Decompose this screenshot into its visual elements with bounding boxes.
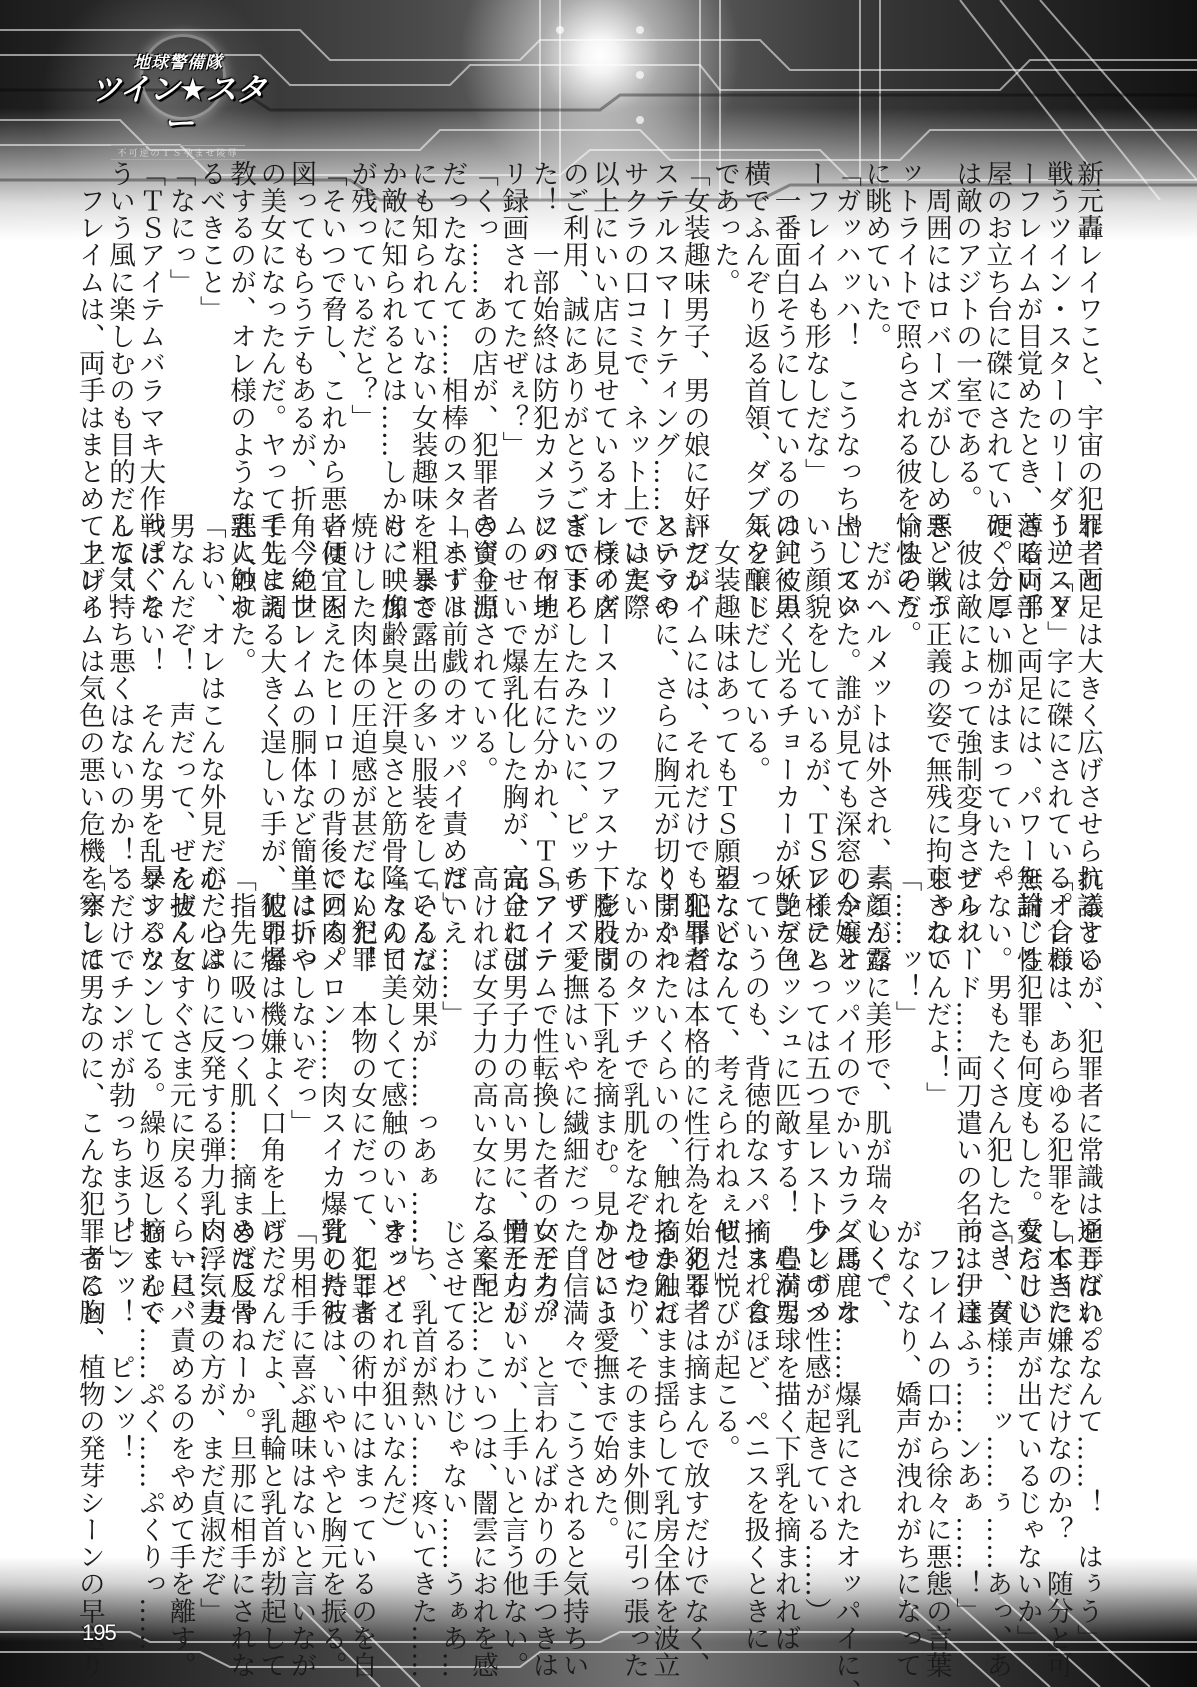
- text-tier-4: を弄ばれるなんて……！ はぅう」 「本当に嫌なだけなのか？ 随分と可 愛らしい声…: [74, 1218, 1102, 1594]
- text-column: （くっ……こいつは、闇雲におれを感: [467, 1218, 497, 1594]
- text-column: フレイムの口から徐々に悪態の言葉: [921, 1218, 951, 1594]
- text-column: に眺めていた。: [860, 160, 890, 536]
- text-column: むくむく……ぷく……ぷくりっ……: [134, 1218, 164, 1594]
- text-column: るだけでチンポが勃っちまう！」: [104, 865, 134, 1241]
- logo-title: ツイン★スター: [78, 73, 278, 141]
- text-column: 屋のお立ち台に磔にされていた。ここ: [981, 160, 1011, 536]
- text-column: 高ければ男子力の高い男に、男子力が: [497, 865, 527, 1241]
- text-column: しかもオッパイのでかいカラダは、オ: [830, 865, 860, 1241]
- text-column: 「……ッ！」: [890, 865, 920, 1241]
- text-column: ツンパツンしてる。繰り返し摘まんで: [134, 865, 164, 1241]
- text-column: 乳に触れた。: [225, 512, 255, 888]
- text-column: んて気持ち悪くはないのか！」: [104, 512, 134, 888]
- text-column: を弄ばれるなんて……！ はぅう」: [1072, 1218, 1102, 1594]
- text-column: ーフレイムも形なしだな」: [800, 160, 830, 536]
- text-column: 周囲にはロバーズがひしめき、スポ: [921, 160, 951, 536]
- text-column: いフレイムには、それだけでも恥辱だ: [679, 512, 709, 888]
- text-column: けに、加齢臭と汗臭さと筋骨隆々の日: [376, 512, 406, 888]
- text-column: 新元轟レイワこと、宇宙の犯罪者と: [1072, 160, 1102, 536]
- text-column: 「なんて美しくて感触のいいオッパイ: [376, 865, 406, 1241]
- series-logo: 地球警備隊 ツイン★スター 不可逆のＴＳ孕ませ陵辱: [78, 40, 278, 130]
- text-column: 憎たらしいが、上手いと言う他ない。: [497, 1218, 527, 1594]
- text-column: だがヘルメットは外され、素顔が露: [860, 512, 890, 888]
- text-column: を抜くとすぐさま元に戻るくらいにパ: [164, 865, 194, 1241]
- text-column: ステルスマーケティング……ステマや: [648, 160, 678, 536]
- text-column: 犯罪者の術中にはまっているのを自: [346, 1218, 376, 1594]
- text-column: 似た悦びが起こる。: [709, 1218, 739, 1594]
- text-column: 硬く分厚い枷がはまっていた。: [981, 512, 1011, 888]
- text-column: か敵に知られるとは……しかも、映像: [376, 160, 406, 536]
- text-column: 少しずつ性感が起きている……）: [800, 1218, 830, 1594]
- text-column: サクラの口コミで、ネット上では実際: [618, 160, 648, 536]
- text-column: ーフレイムが目覚めたとき、薄暗い部: [1011, 160, 1041, 536]
- text-column: じさせてるわけじゃない……うぁあ…: [437, 1218, 467, 1594]
- text-column: 「そんな効果が……っあぁ……」: [406, 865, 436, 1241]
- text-column: るべきこと」: [195, 160, 225, 536]
- text-column: 自信満々で、こうされると気持ちい: [558, 1218, 588, 1594]
- text-column: さる両手と両足には、パワーを封じる: [1011, 512, 1041, 888]
- text-column: フレイムは、両手はまとめて上げら: [74, 160, 104, 536]
- text-column: の美女になったんだ。ヤって手先に調: [255, 160, 285, 536]
- text-column: ライダースーツのファスナーを股間: [588, 512, 618, 888]
- text-column: きっとこれが狙いなんだ）: [376, 1218, 406, 1594]
- text-column: ムのせいで爆乳化した胸が、完全に引: [497, 512, 527, 888]
- text-column: すると、植物の発芽シーンの早送り: [74, 1218, 104, 1594]
- text-column: 焼けした肉体の圧迫感が甚だしい犯罪: [346, 512, 376, 888]
- text-column: 愛らしい声が出ているじゃないか」: [1011, 1218, 1041, 1594]
- text-tier-2: れ、両足は大きく広げさせられるとい う逆「Ｙ」字に磔にされている。合わ さる両手…: [74, 512, 1102, 888]
- text-column: ットライトで照らされる彼を愉快そう: [890, 160, 920, 536]
- text-column: 「男相手に喜ぶ趣味はないと言いなが: [285, 1218, 315, 1594]
- text-column: りという愛撫まで始めた。: [588, 1218, 618, 1594]
- text-column: フレイムは気色の悪い危機を察して: [74, 512, 104, 888]
- text-column: での肉メロン……肉スイカ爆乳の持ち: [316, 865, 346, 1241]
- text-column: 「オレは男なのに、こんな犯罪者に胸: [74, 865, 104, 1241]
- text-column: 以上にいい店に見せているオレ様の店: [588, 160, 618, 536]
- text-column: 「まずは前戯のオッパイ責めだ」: [437, 512, 467, 888]
- text-column: 豊満な球を描く下乳を摘まれれば: [769, 1218, 799, 1594]
- text-column: じゃないんだよ！」: [921, 865, 951, 1241]
- text-tier-1: 新元轟レイワこと、宇宙の犯罪者と 戦うツイン・スターのリーダー、スタ ーフレイム…: [74, 160, 1102, 536]
- text-column: リ録画されてたぜぇ？」: [497, 160, 527, 536]
- text-column: ブルソード……両刀遣いの名前は伊達: [951, 865, 981, 1241]
- text-column: きたじゃねーか。旦那に相手にされな: [225, 1218, 255, 1594]
- text-column: らず、愛撫はいやに繊細だった。: [558, 865, 588, 1241]
- text-column: 無論、性犯罪も何度もした。女だけじ: [1011, 865, 1041, 1241]
- text-column: は敵のアジトの一室である。: [951, 160, 981, 536]
- text-column: 「オレ様は、あらゆる犯罪をしてきた。: [1042, 865, 1072, 1241]
- text-column: 下膨れする下乳を摘まむ。見かけによ: [588, 865, 618, 1241]
- text-column: わないなんて、考えられねぇぜ！」: [709, 865, 739, 1241]
- text-column: 犯罪者は本格的に性行為を始める。: [679, 865, 709, 1241]
- text-column: くすぐったいくらいの、触れるか触れ: [648, 865, 678, 1241]
- text-column: 「き、貴様……ッ……ぅ……あっ、あ: [981, 1218, 1011, 1594]
- text-column: が残っているだと？」: [346, 160, 376, 536]
- text-column: 「くっ……あの店が、犯罪者の資金源: [467, 160, 497, 536]
- text-column: だったなんて……相棒のスターハート: [437, 160, 467, 536]
- text-column: の鈍く黒く光るチョーカーが妖艶な色: [769, 512, 799, 888]
- text-column: きずり出されている。: [467, 512, 497, 888]
- text-column: インディッシュに匹敵する！ 心が男: [769, 865, 799, 1241]
- text-column: はいえ……」: [437, 865, 467, 1241]
- text-column: 図ってもらうテもあるが、折角、絶世: [285, 160, 315, 536]
- text-column: た！ 一部始終は防犯カメラにバッチ: [527, 160, 557, 536]
- text-column: っぽくない！ そんな男を乱暴するな: [134, 512, 164, 888]
- text-column: 「ガッハッハ！ こうなっちゃ、スタ: [830, 160, 860, 536]
- text-column: ないかのタッチで乳肌をなぞりつつ、: [618, 865, 648, 1241]
- text-column: 今のフレイムの胴体など簡単に折っ: [285, 512, 315, 888]
- page-number: 195: [82, 1620, 116, 1646]
- text-column: れ、両足は大きく広げさせられるとい: [1072, 512, 1102, 888]
- text-column: たせたり、そのまま外側に引っ張った: [618, 1218, 648, 1594]
- text-tier-3: 抗議するが、犯罪者に常識は通じない。 「オレ様は、あらゆる犯罪をしてきた。 無論…: [74, 865, 1102, 1241]
- logo-subtitle: 不可逆のＴＳ孕ませ陵辱: [111, 145, 244, 160]
- text-column: 戦うツイン・スターのリーダー、スタ: [1042, 160, 1072, 536]
- text-column: 粗暴で露出の多い服装をしているだ: [406, 512, 436, 888]
- text-column: 摘まんだまま揺らして乳房全体を波立: [648, 1218, 678, 1594]
- text-column: 「本当に嫌なだけなのか？ 随分と可: [1042, 1218, 1072, 1594]
- text-column: 犯罪者は摘まんで放すだけでなく、: [679, 1218, 709, 1594]
- text-column: ら、なんだよ、乳輪と乳首が勃起して: [255, 1218, 285, 1594]
- text-column: にも知られていない女装趣味を、まさ: [406, 160, 436, 536]
- text-column: 抗議するが、犯罪者に常識は通じない。: [1072, 865, 1102, 1241]
- text-column: う逆「Ｙ」字に磔にされている。合わ: [1042, 512, 1072, 888]
- text-column: 覚した彼は、いやいやと胸元を振る。: [316, 1218, 346, 1594]
- text-column: 「おい、オレはこんな外見だが、心は: [195, 512, 225, 888]
- text-column: ピンッ！ ピンッ！: [104, 1218, 134, 1594]
- text-column: 者は、囚えたヒーローの背後に回る。: [316, 512, 346, 888]
- text-column: ゃない。男もたくさん犯したさ！ ダ: [981, 865, 1011, 1241]
- text-column: 主はいやしないぞっ」: [285, 865, 315, 1241]
- text-column: （馬鹿な……爆乳にされたオッパイに、: [830, 1218, 860, 1594]
- text-column: ていた。: [618, 512, 648, 888]
- text-column: 「なにっ」: [164, 160, 194, 536]
- text-column: であった。: [709, 160, 739, 536]
- text-column: がなくなり、嬌声が洩れがちになって: [890, 1218, 920, 1594]
- text-column: レ様にとっては五つ星レストランのメ: [800, 865, 830, 1241]
- text-column: 「ＴＳアイテムバラマキ大作戦は、そ: [134, 160, 164, 536]
- text-column: 心たっぷりに反発する弾力乳肉……力: [195, 865, 225, 1241]
- text-column: ツの布地が左右に分かれ、ＴＳアイテ: [527, 512, 557, 888]
- text-column: いるのだ。: [890, 512, 920, 888]
- text-column: 気を醸しだしている。: [739, 512, 769, 888]
- text-column: っていうのも、背徳的なスパイス。食: [739, 865, 769, 1241]
- text-column: 男なんだぞ！ 声だって、ぜんぜん女: [164, 512, 194, 888]
- text-column: まで下ろしたみたいに、ピッチリスー: [558, 512, 588, 888]
- text-column: てしまえる大きく逞しい手が、彼の爆: [255, 512, 285, 888]
- text-column: …ち、乳首が熱い……疼いてきた……: [406, 1218, 436, 1594]
- text-column: 摘まれるほど、ペニスを扱くときに: [739, 1218, 769, 1594]
- text-column: 「そいつで脅し、これから悪い便宜を: [316, 160, 346, 536]
- text-column: 彼は敵によって強制変身させられ、: [951, 512, 981, 888]
- text-column: 一番面白そうにしているのは、彼の: [769, 160, 799, 536]
- text-column: 出していた。誰が見ても深窓の令嬢と: [830, 512, 860, 888]
- text-column: いく。: [860, 1218, 890, 1594]
- text-column: 「指先に吸いつく肌……摘まめば反骨: [225, 865, 255, 1241]
- text-column: のご利用、誠にありがとうございまし: [558, 160, 588, 536]
- text-column: なんだ！ 本物の女にだって、ここま: [346, 865, 376, 1241]
- text-column: 「アイテムで性転換した者の女子力が: [527, 865, 557, 1241]
- text-column: ういう風に楽しむのも目的だしな！」: [104, 160, 134, 536]
- text-column: 悪と戦う正義の姿で無残に拘束されて: [921, 512, 951, 888]
- text-column: 「こんなに美形で、肌が瑞々しくて、: [860, 865, 890, 1241]
- text-column: というのに、さらに胸元が切り開かれ: [648, 512, 678, 888]
- text-column: いだろ？ と言わんばかりの手つきは: [527, 1218, 557, 1594]
- text-column: 犯罪者は機嫌よく口角を上げた。: [255, 865, 285, 1241]
- text-column: い浮気妻の方が、まだ貞淑だぞ」: [195, 1218, 225, 1594]
- logo-line-1: 地球警備隊: [78, 48, 278, 73]
- text-column: っ……はふぅ……ンあぁ……！」: [951, 1218, 981, 1594]
- text-column: 高ければ女子力の高い女になる案配と: [467, 865, 497, 1241]
- text-column: いう顔貌をしているが、ＴＳアイテム: [800, 512, 830, 888]
- text-column: 横でふんぞり返る首領、ダブルソード: [739, 160, 769, 536]
- text-column: 一旦、責めるのをやめて手を離す。: [164, 1218, 194, 1594]
- text-column: 「女装趣味男子、男の娘に好評だが、: [679, 160, 709, 536]
- text-column: 女装趣味はあってもＴＳ願望などな: [709, 512, 739, 888]
- text-column: 教するのが、オレ様のような悪人のす: [225, 160, 255, 536]
